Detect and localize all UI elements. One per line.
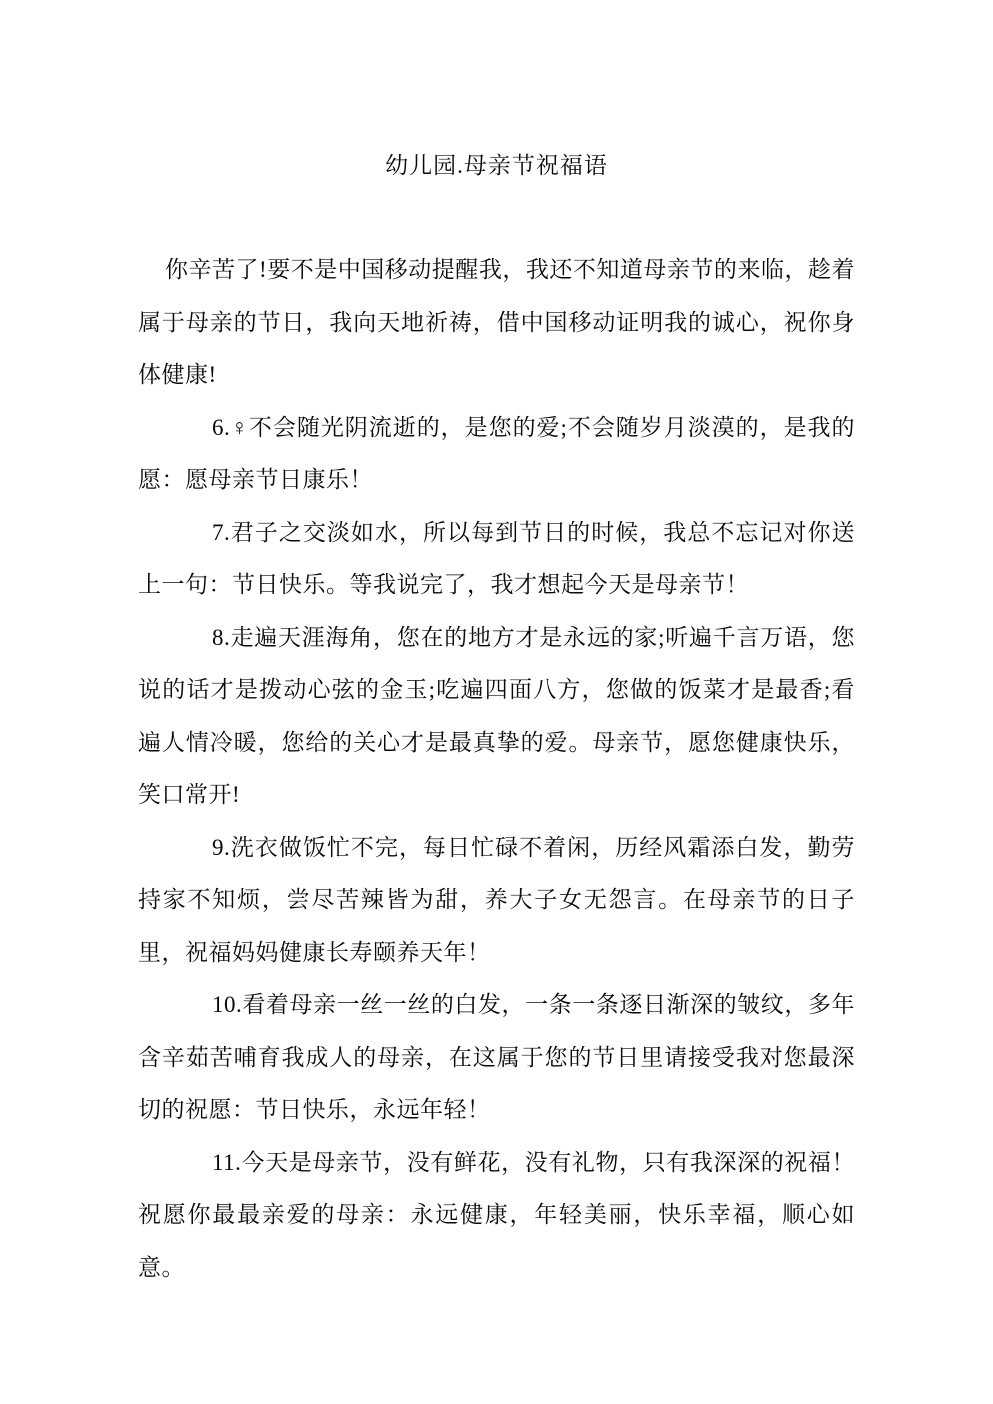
paragraph-item-10: 10.看着母亲一丝一丝的白发，一条一条逐日渐深的皱纹，多年含辛茹苦哺育我成人的母… xyxy=(138,979,855,1137)
paragraph-item-6: 6.♀不会随光阴流逝的，是您的爱;不会随岁月淡漠的，是我的愿：愿母亲节日康乐！ xyxy=(138,402,855,507)
paragraph-intro: 你辛苦了!要不是中国移动提醒我，我还不知道母亲节的来临，趁着属于母亲的节日，我向… xyxy=(138,244,855,402)
document-page: 幼儿园.母亲节祝福语 你辛苦了!要不是中国移动提醒我，我还不知道母亲节的来临，趁… xyxy=(0,0,993,1404)
paragraph-item-11: 11.今天是母亲节，没有鲜花，没有礼物，只有我深深的祝福！祝愿你最最亲爱的母亲：… xyxy=(138,1137,855,1295)
paragraph-item-8: 8.走遍天涯海角，您在的地方才是永远的家;听遍千言万语，您说的话才是拨动心弦的金… xyxy=(138,612,855,822)
document-body: 你辛苦了!要不是中国移动提醒我，我还不知道母亲节的来临，趁着属于母亲的节日，我向… xyxy=(138,244,855,1294)
paragraph-item-7: 7.君子之交淡如水，所以每到节日的时候，我总不忘记对你送上一句：节日快乐。等我说… xyxy=(138,507,855,612)
page-title: 幼儿园.母亲节祝福语 xyxy=(0,0,993,192)
paragraph-item-9: 9.洗衣做饭忙不完，每日忙碌不着闲，历经风霜添白发，勤劳持家不知烦，尝尽苦辣皆为… xyxy=(138,822,855,980)
